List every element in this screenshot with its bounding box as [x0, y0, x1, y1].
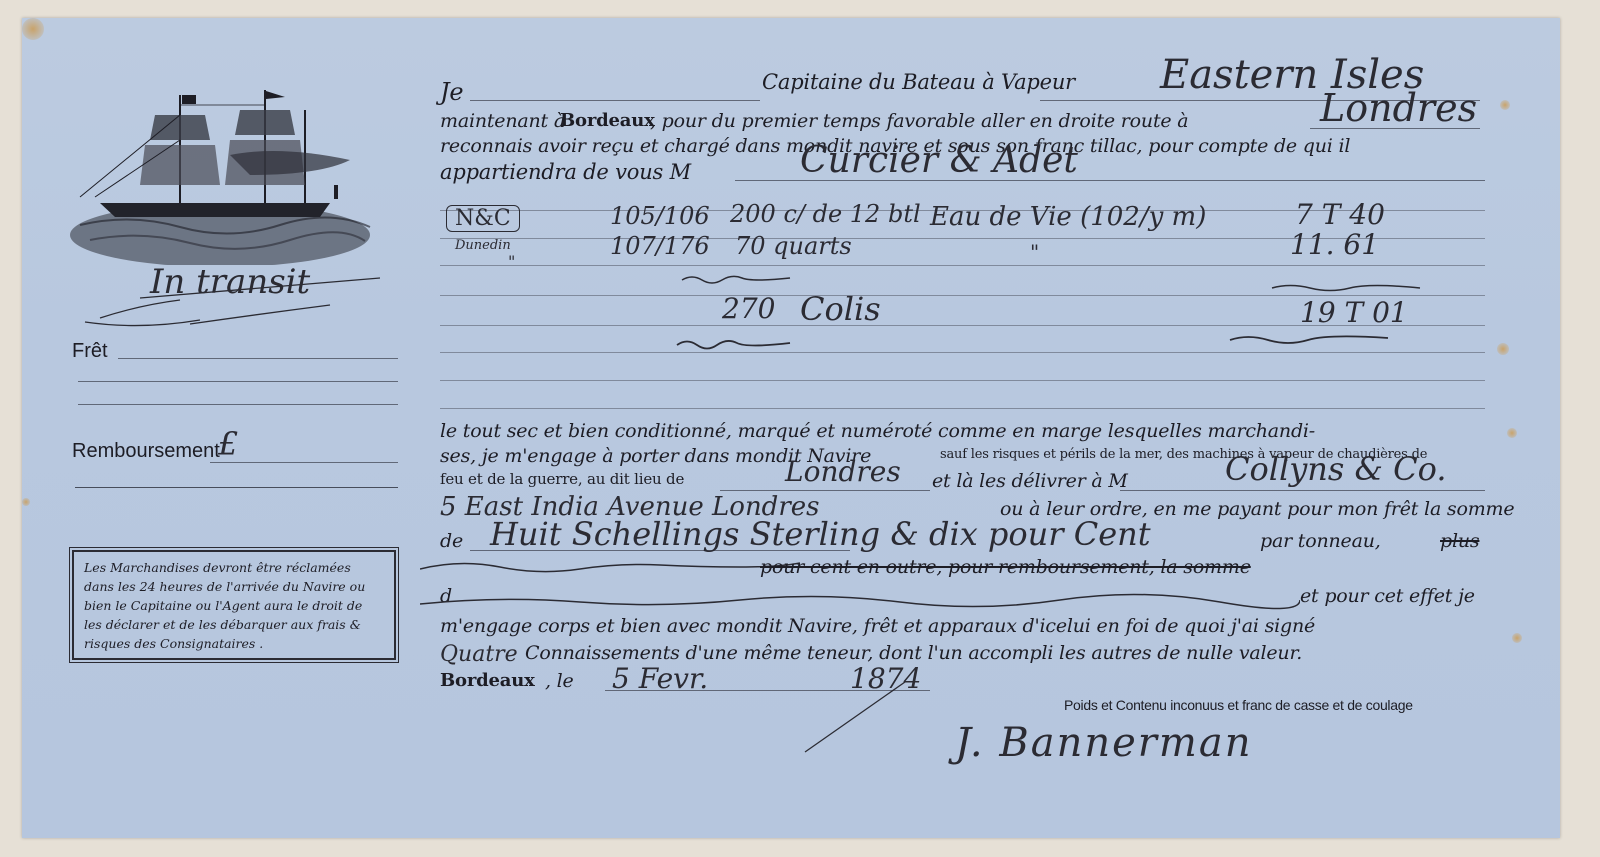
struck-plus: plus — [1440, 530, 1479, 552]
steamship-engraving-icon — [70, 85, 380, 265]
fret-line — [118, 358, 398, 359]
captain-name-line — [470, 100, 760, 101]
appartiendra-label: appartiendra de vous M — [440, 160, 691, 184]
consignor-name: Curcier & Adet — [800, 140, 1078, 181]
tally-flourish-icon — [1270, 282, 1430, 294]
je-label: Je — [440, 78, 463, 106]
port-name: Bordeaux — [560, 110, 655, 131]
remboursement-line — [75, 487, 398, 488]
cargo-row-numbers: 105/106 — [610, 202, 710, 230]
shipping-mark: N&C — [446, 205, 520, 232]
cargo-row-description: " — [1030, 240, 1039, 264]
paper-stain — [1512, 633, 1522, 643]
captain-signature: J. Bannerman — [955, 720, 1252, 766]
destination-line — [720, 490, 930, 491]
total-volume: 19 T 01 — [1300, 296, 1408, 329]
copies-count: Quatre — [440, 642, 518, 667]
body-line-3a: feu et de la guerre, au dit lieu de — [440, 470, 684, 488]
remboursement-label: Remboursement — [72, 440, 220, 463]
body-line-7b: et pour cet effet je — [1300, 585, 1475, 607]
paper-stain — [22, 498, 30, 506]
body-line-5b: par tonneau, — [1260, 530, 1381, 552]
cargo-line — [440, 380, 1485, 381]
body-line-9b: Connaissements d'une même teneur, dont l… — [525, 642, 1302, 664]
fret-label: Frêt — [72, 340, 108, 363]
in-transit-flourish-icon — [80, 270, 380, 330]
cancel-flourish-icon — [420, 555, 800, 579]
consignee-line — [1120, 490, 1485, 491]
footer-place: Bordeaux — [440, 670, 535, 691]
cargo-row-quantity: 200 c/ de 12 btl — [730, 200, 921, 228]
paper-stain — [1500, 100, 1510, 110]
total-quantity: 270 — [722, 292, 775, 325]
cargo-row-volume: 11. 61 — [1290, 228, 1379, 261]
body-de-label: de — [440, 530, 463, 552]
mark-ditto: " — [508, 252, 515, 271]
paper-stain — [1507, 428, 1517, 438]
fret-line — [78, 404, 398, 405]
body-line-8: m'engage corps et bien avec mondit Navir… — [440, 615, 1315, 637]
body-line-3b: et là les délivrer à M — [932, 470, 1128, 492]
delivery-destination: Londres — [785, 455, 901, 488]
claims-notice-box: Les Marchandises devront être réclamées … — [72, 550, 396, 660]
paper-stain — [22, 18, 44, 40]
cancel-flourish-icon — [420, 592, 1300, 612]
consignee-name: Collyns & Co. — [1225, 450, 1447, 488]
disclaimer-text: Poids et Contenu inconuus et franc de ca… — [1064, 697, 1413, 713]
footer-le: , le — [545, 670, 574, 692]
freight-amount: Huit Schellings Sterling & dix pour Cent — [490, 515, 1151, 553]
mark-place: Dunedin — [455, 238, 511, 253]
tally-flourish-icon — [675, 336, 795, 350]
destination-name: Londres — [1320, 86, 1477, 130]
body-line-1: le tout sec et bien conditionné, marqué … — [440, 420, 1315, 442]
struck-remboursement: pour cent en outre, pour remboursement, … — [760, 556, 1251, 578]
fret-line — [78, 381, 398, 382]
route-text: , pour du premier temps favorable aller … — [650, 110, 1188, 132]
cargo-line — [440, 265, 1485, 266]
remboursement-line — [210, 462, 398, 463]
pen-stroke-icon — [800, 680, 910, 755]
claims-notice-text: Les Marchandises devront être réclamées … — [84, 560, 365, 651]
cargo-line — [440, 352, 1485, 353]
total-label: Colis — [800, 290, 881, 328]
cargo-row-quantity: 70 quarts — [735, 232, 852, 260]
cargo-line — [440, 408, 1485, 409]
tally-flourish-icon — [680, 272, 800, 284]
cargo-row-volume: 7 T 40 — [1295, 198, 1385, 231]
tally-flourish-icon — [1228, 332, 1398, 346]
maintenant-label: maintenant à — [440, 110, 565, 132]
paper-stain — [1497, 343, 1509, 355]
remboursement-currency: £ — [218, 425, 238, 463]
cargo-row-description: Eau de Vie (102/y m) — [930, 202, 1206, 232]
footer-date: 5 Fevr. — [612, 662, 708, 695]
cargo-row-numbers: 107/176 — [610, 232, 710, 260]
capitaine-label: Capitaine du Bateau à Vapeur — [762, 70, 1075, 94]
